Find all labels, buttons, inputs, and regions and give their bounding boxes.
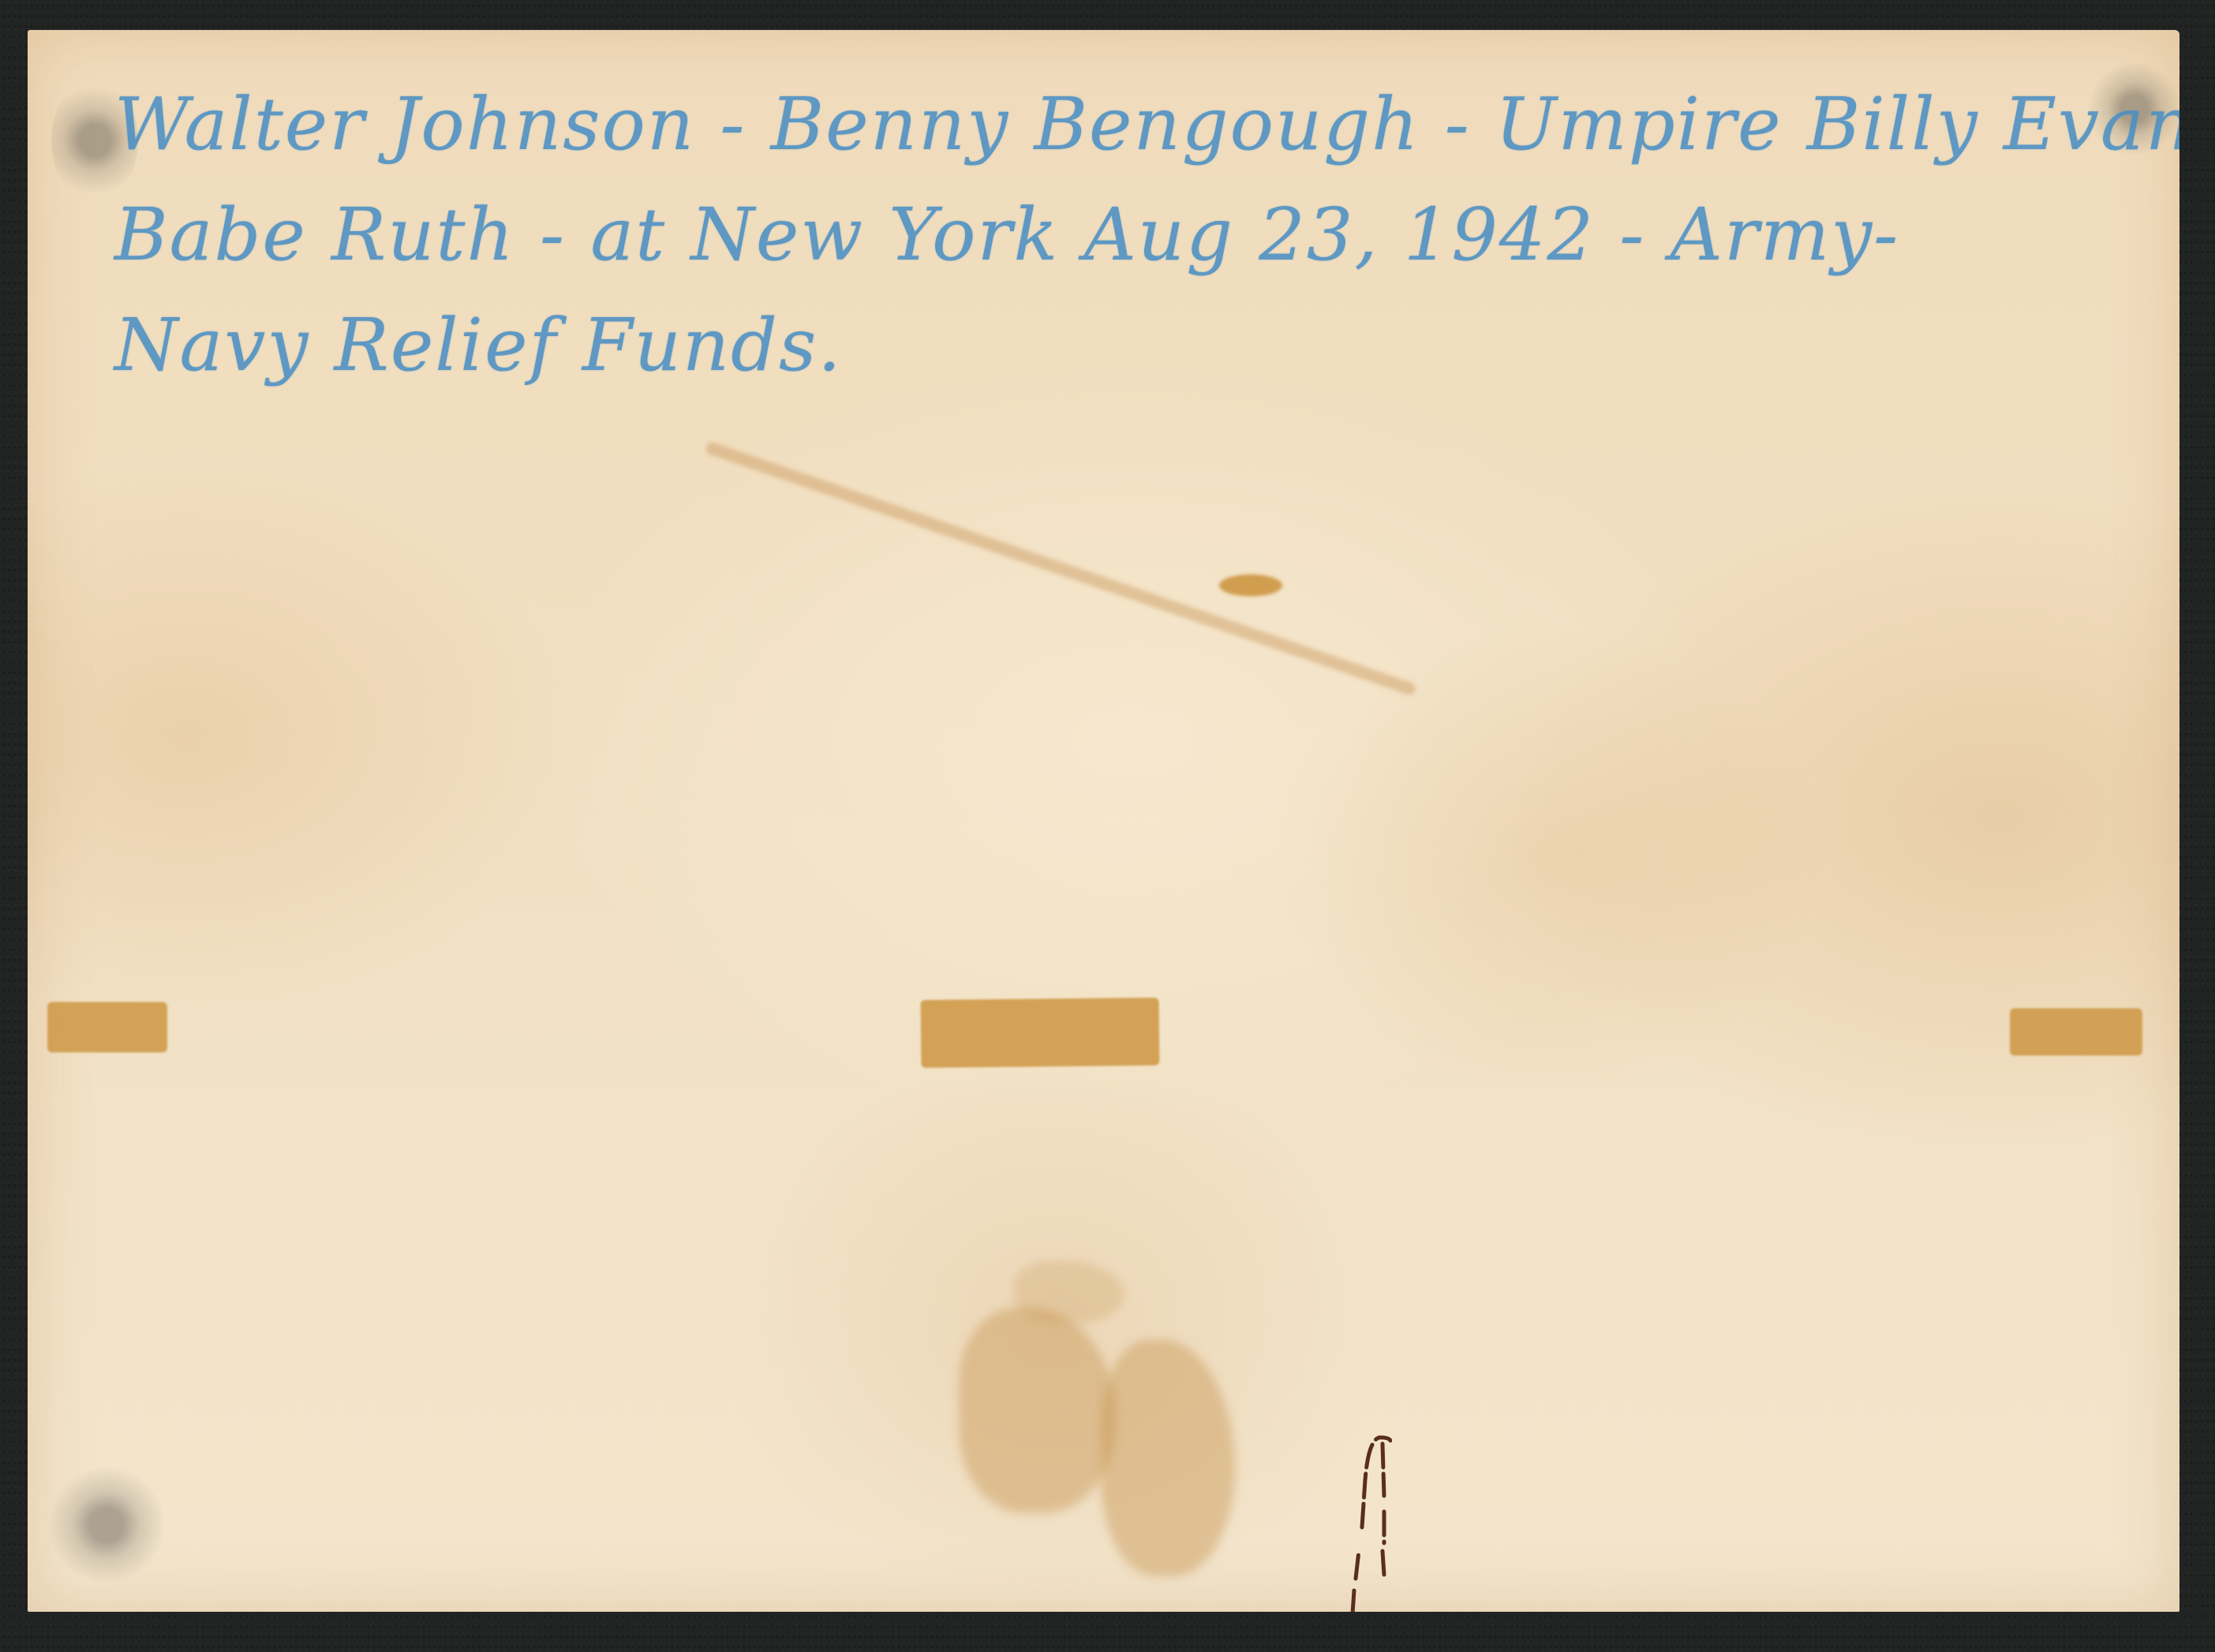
water-stain — [959, 1308, 1117, 1513]
caption-line-3: Navy Relief Funds. — [114, 290, 2135, 401]
water-stain — [1014, 1261, 1124, 1324]
caption-line-2: Babe Ruth - at New York Aug 23, 1942 - A… — [114, 180, 2135, 290]
photo-verso-paper: Walter Johnson - Benny Bengough - Umpire… — [28, 30, 2179, 1612]
tape-residue-left — [47, 1002, 167, 1052]
tape-residue-right — [2010, 1008, 2142, 1056]
small-glue-stain — [1219, 574, 1282, 596]
tape-residue-center — [921, 997, 1160, 1067]
handwritten-caption: Walter Johnson - Benny Bengough - Umpire… — [114, 69, 2135, 401]
pencil-hook-mark-icon — [1348, 1433, 1392, 1612]
water-stain — [1101, 1340, 1235, 1576]
corner-smudge-bottom-left — [47, 1466, 166, 1584]
diagonal-crease-stain — [704, 440, 1416, 696]
caption-line-1: Walter Johnson - Benny Bengough - Umpire… — [114, 69, 2135, 180]
